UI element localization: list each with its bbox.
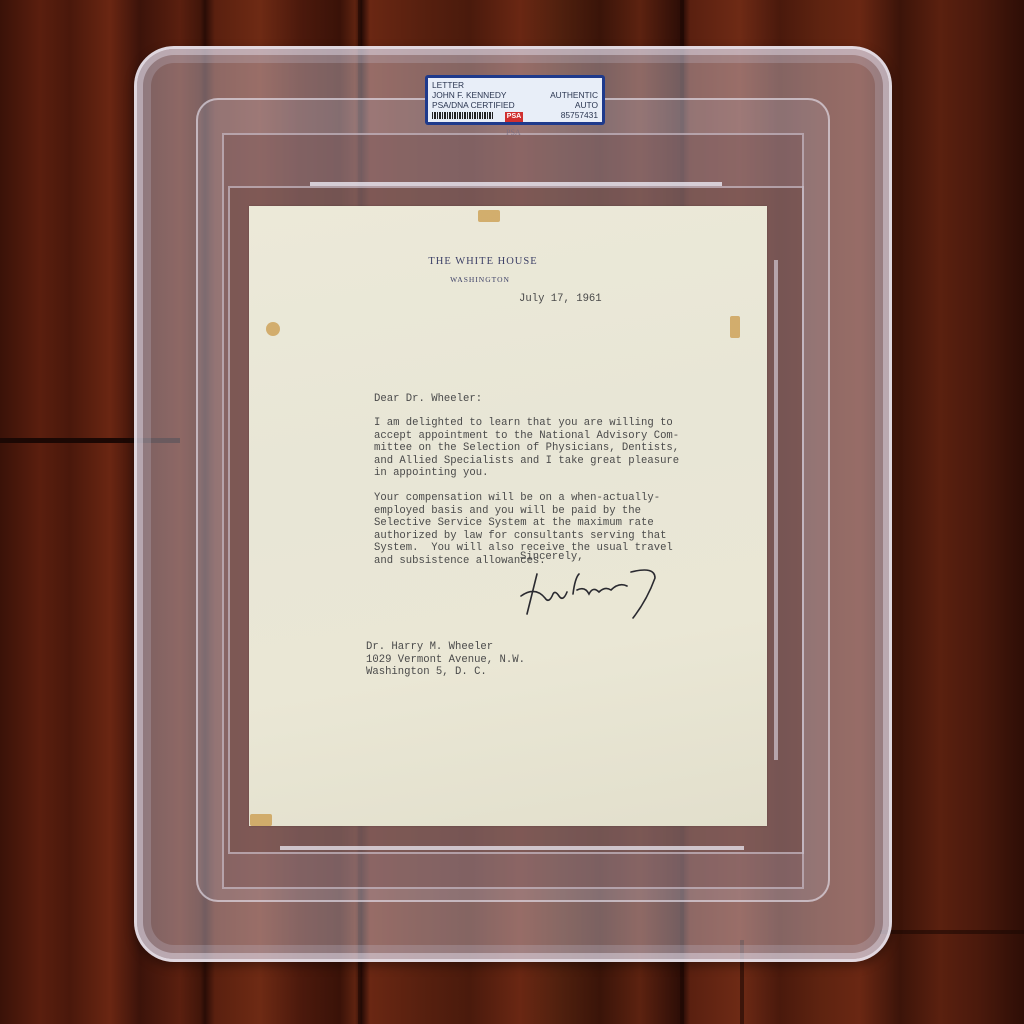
psa-certification-label: LETTER JOHN F. KENNEDY PSA/DNA CERTIFIED… xyxy=(425,75,605,125)
label-grade: AUTHENTIC xyxy=(550,90,598,100)
label-auto-grade: AUTO xyxy=(550,100,598,110)
floor-seam xyxy=(880,930,1024,934)
letter-salutation: Dear Dr. Wheeler: xyxy=(374,393,482,406)
label-subject: JOHN F. KENNEDY xyxy=(432,90,515,100)
insert-right-rail xyxy=(774,260,778,760)
label-certification: PSA/DNA CERTIFIED xyxy=(432,100,515,110)
label-item-type: LETTER xyxy=(432,80,515,90)
signature-icon xyxy=(515,556,665,626)
letterhead-title: THE WHITE HOUSE xyxy=(224,256,742,267)
letter-date: July 17, 1961 xyxy=(519,293,602,306)
label-right-text: AUTHENTIC AUTO 85757431 xyxy=(550,90,598,120)
paper-stain xyxy=(730,316,740,338)
paper-stain xyxy=(266,322,280,336)
letter-paragraph-1: I am delighted to learn that you are wil… xyxy=(374,417,679,480)
letterhead-subtitle: WASHINGTON xyxy=(221,275,739,284)
insert-bottom-edge xyxy=(280,846,744,850)
label-left-text: LETTER JOHN F. KENNEDY PSA/DNA CERTIFIED xyxy=(432,80,515,110)
insert-top-edge xyxy=(310,182,722,186)
barcode-icon xyxy=(432,112,494,119)
paper-stain xyxy=(478,210,500,222)
psa-logo-icon: PSA xyxy=(505,112,523,122)
paper-stain xyxy=(250,814,272,826)
letter-document: THE WHITE HOUSE WASHINGTON July 17, 1961… xyxy=(249,206,767,826)
label-cert-number: 85757431 xyxy=(550,110,598,120)
recipient-address: Dr. Harry M. Wheeler 1029 Vermont Avenue… xyxy=(366,641,525,679)
slab-embossed-mark: PSA xyxy=(506,128,521,137)
